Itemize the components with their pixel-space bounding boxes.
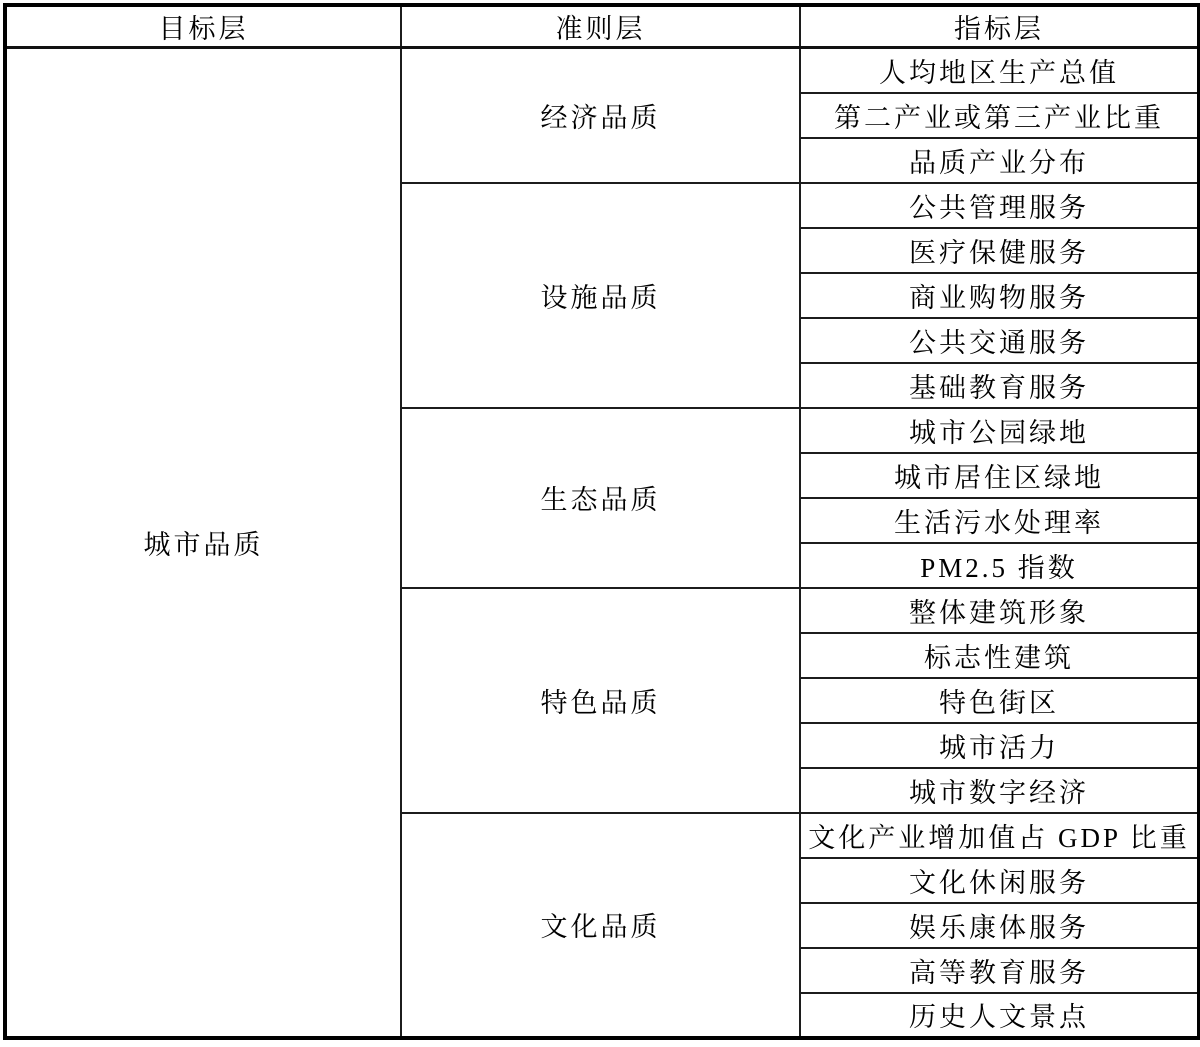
indicator-cell: 医疗保健服务 bbox=[800, 228, 1199, 273]
indicator-cell: 商业购物服务 bbox=[800, 273, 1199, 318]
indicator-cell: 第二产业或第三产业比重 bbox=[800, 93, 1199, 138]
table-body: 城市品质经济品质人均地区生产总值第二产业或第三产业比重品质产业分布设施品质公共管… bbox=[5, 48, 1199, 1038]
indicator-cell: 文化产业增加值占 GDP 比重 bbox=[800, 813, 1199, 858]
indicator-cell: PM2.5 指数 bbox=[800, 543, 1199, 588]
indicator-cell: 标志性建筑 bbox=[800, 633, 1199, 678]
hierarchy-table: 目标层 准则层 指标层 城市品质经济品质人均地区生产总值第二产业或第三产业比重品… bbox=[3, 3, 1200, 1040]
criterion-cell: 文化品质 bbox=[401, 813, 800, 1038]
table-row: 城市品质经济品质人均地区生产总值 bbox=[5, 48, 1199, 93]
table-header: 目标层 准则层 指标层 bbox=[5, 5, 1199, 48]
criterion-cell: 设施品质 bbox=[401, 183, 800, 408]
indicator-cell: 整体建筑形象 bbox=[800, 588, 1199, 633]
criterion-cell: 特色品质 bbox=[401, 588, 800, 813]
indicator-cell: 人均地区生产总值 bbox=[800, 48, 1199, 93]
indicator-cell: 品质产业分布 bbox=[800, 138, 1199, 183]
indicator-cell: 城市居住区绿地 bbox=[800, 453, 1199, 498]
indicator-cell: 基础教育服务 bbox=[800, 363, 1199, 408]
header-criterion-layer: 准则层 bbox=[401, 5, 800, 48]
criterion-cell: 生态品质 bbox=[401, 408, 800, 588]
indicator-cell: 文化休闲服务 bbox=[800, 858, 1199, 903]
indicator-cell: 城市数字经济 bbox=[800, 768, 1199, 813]
indicator-cell: 特色街区 bbox=[800, 678, 1199, 723]
indicator-cell: 历史人文景点 bbox=[800, 993, 1199, 1038]
target-cell: 城市品质 bbox=[5, 48, 401, 1038]
indicator-cell: 公共交通服务 bbox=[800, 318, 1199, 363]
indicator-cell: 高等教育服务 bbox=[800, 948, 1199, 993]
page: 目标层 准则层 指标层 城市品质经济品质人均地区生产总值第二产业或第三产业比重品… bbox=[0, 0, 1200, 1047]
header-row: 目标层 准则层 指标层 bbox=[5, 5, 1199, 48]
criterion-cell: 经济品质 bbox=[401, 48, 800, 183]
indicator-cell: 生活污水处理率 bbox=[800, 498, 1199, 543]
indicator-cell: 城市公园绿地 bbox=[800, 408, 1199, 453]
header-target-layer: 目标层 bbox=[5, 5, 401, 48]
indicator-cell: 娱乐康体服务 bbox=[800, 903, 1199, 948]
header-indicator-layer: 指标层 bbox=[800, 5, 1199, 48]
indicator-cell: 城市活力 bbox=[800, 723, 1199, 768]
indicator-cell: 公共管理服务 bbox=[800, 183, 1199, 228]
